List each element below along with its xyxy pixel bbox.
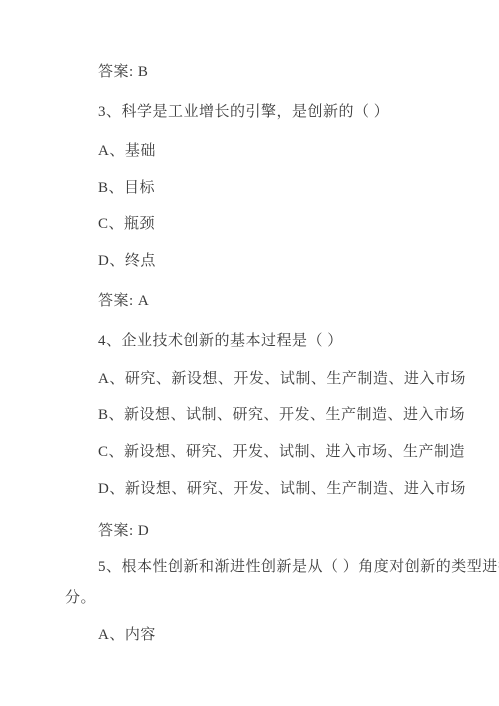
option-q3-c: C、瓶颈 [98, 214, 155, 234]
question-stem-q5-line1: 5、根本性创新和渐进性创新是从（ ）角度对创新的类型进行划 [98, 557, 499, 577]
question-stem-q5-line2: 分。 [65, 588, 96, 608]
option-q5-a: A、内容 [98, 625, 156, 645]
option-q3-d: D、终点 [98, 251, 156, 271]
question-stem-q4: 4、企业技术创新的基本过程是（ ） [98, 331, 343, 351]
option-q3-a: A、基础 [98, 141, 156, 161]
answer-line-q3: 答案: A [98, 291, 149, 311]
option-q3-b: B、目标 [98, 178, 155, 198]
option-q4-c: C、新设想、研究、开发、试制、进入市场、生产制造 [98, 442, 465, 462]
document-page: 答案: B 3、科学是工业增长的引擎，是创新的（ ） A、基础 B、目标 C、瓶… [0, 0, 499, 706]
option-q4-d: D、新设想、研究、开发、试制、生产制造、进入市场 [98, 479, 466, 499]
question-stem-q3: 3、科学是工业增长的引擎，是创新的（ ） [98, 102, 389, 122]
answer-line-q4: 答案: D [98, 521, 149, 541]
option-q4-b: B、新设想、试制、研究、开发、生产制造、进入市场 [98, 405, 465, 425]
option-q4-a: A、研究、新设想、开发、试制、生产制造、进入市场 [98, 369, 466, 389]
answer-line-q2: 答案: B [98, 62, 148, 82]
